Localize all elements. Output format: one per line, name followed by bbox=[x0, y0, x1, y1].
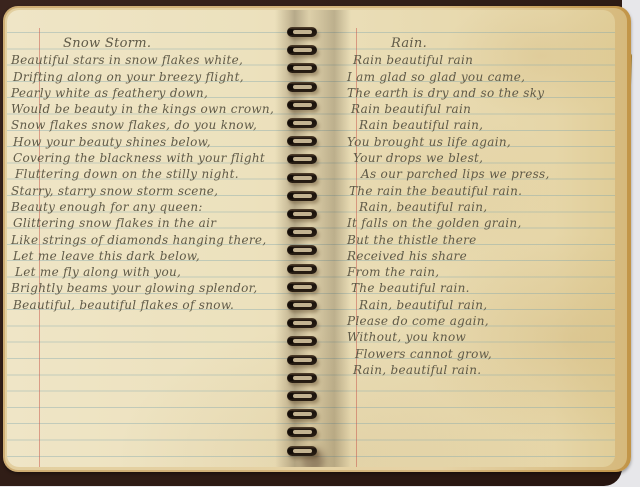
binding-coil bbox=[287, 45, 317, 55]
poem-line: Received his share bbox=[347, 248, 615, 264]
poem-line: Let me leave this dark below, bbox=[11, 248, 291, 264]
left-page-poem: Snow Storm. Beautiful stars in snow flak… bbox=[11, 36, 291, 313]
poem-line: But the thistle there bbox=[347, 232, 615, 248]
binding-coil bbox=[287, 264, 317, 274]
poem-line: Rain beautiful rain bbox=[347, 52, 615, 68]
poem-line: The earth is dry and so the sky bbox=[347, 85, 615, 101]
poem-line: Rain beautiful rain, bbox=[347, 117, 615, 133]
poem-line: Rain, beautiful rain. bbox=[347, 362, 615, 378]
poem-line: Pearly white as feathery down, bbox=[11, 85, 291, 101]
poem-line: Like strings of diamonds hanging there, bbox=[11, 232, 291, 248]
poem-line: Glittering snow flakes in the air bbox=[11, 215, 291, 231]
poem-line: Starry, starry snow storm scene, bbox=[11, 183, 291, 199]
poem-line: Beauty enough for any queen: bbox=[11, 199, 291, 215]
binding-coil bbox=[287, 446, 317, 456]
binding-coil bbox=[287, 191, 317, 201]
binding-coil bbox=[287, 63, 317, 73]
binding-coil bbox=[287, 427, 317, 437]
poem-line: As our parched lips we press, bbox=[347, 166, 615, 182]
binding-coil bbox=[287, 173, 317, 183]
binding-coil bbox=[287, 154, 317, 164]
binding-coil bbox=[287, 391, 317, 401]
poem-line: Rain beautiful rain bbox=[347, 101, 615, 117]
binding-coil bbox=[287, 227, 317, 237]
poem-line: The beautiful rain. bbox=[347, 280, 615, 296]
binding-coil bbox=[287, 373, 317, 383]
binding-coil bbox=[287, 209, 317, 219]
poem-line: Flowers cannot grow, bbox=[347, 346, 615, 362]
binding-coil bbox=[287, 118, 317, 128]
poem-line: Beautiful, beautiful flakes of snow. bbox=[11, 297, 291, 313]
spiral-binding bbox=[287, 10, 319, 467]
poem-line: Let me fly along with you, bbox=[11, 264, 291, 280]
poem-line: From the rain, bbox=[347, 264, 615, 280]
binding-coil bbox=[287, 136, 317, 146]
poem-line: You brought us life again, bbox=[347, 134, 615, 150]
poem-line: Without, you know bbox=[347, 329, 615, 345]
poem-title-snow-storm: Snow Storm. bbox=[11, 36, 291, 52]
open-pages: Snow Storm. Beautiful stars in snow flak… bbox=[7, 10, 615, 467]
binding-coil bbox=[287, 409, 317, 419]
poem-line: Beautiful stars in snow flakes white, bbox=[11, 52, 291, 68]
poem-line: Rain, beautiful rain, bbox=[347, 199, 615, 215]
poem-line: It falls on the golden grain, bbox=[347, 215, 615, 231]
poem-title-rain: Rain. bbox=[347, 36, 615, 52]
poem-line: Covering the blackness with your flight bbox=[11, 150, 291, 166]
binding-coil bbox=[287, 27, 317, 37]
poem-lines-right: Rain beautiful rainI am glad so glad you… bbox=[347, 52, 615, 378]
binding-coil bbox=[287, 245, 317, 255]
binding-coil bbox=[287, 82, 317, 92]
binding-coil bbox=[287, 318, 317, 328]
poem-lines-left: Beautiful stars in snow flakes white,Dri… bbox=[11, 52, 291, 313]
right-page-poem: Rain. Rain beautiful rainI am glad so gl… bbox=[347, 36, 615, 378]
poem-line: Drifting along on your breezy flight, bbox=[11, 69, 291, 85]
binding-coil bbox=[287, 355, 317, 365]
poem-line: Please do come again, bbox=[347, 313, 615, 329]
poem-line: I am glad so glad you came, bbox=[347, 69, 615, 85]
poem-line: Your drops we blest, bbox=[347, 150, 615, 166]
notebook-photo: Snow Storm. Beautiful stars in snow flak… bbox=[0, 0, 640, 487]
binding-coil bbox=[287, 336, 317, 346]
poem-line: Snow flakes snow flakes, do you know, bbox=[11, 117, 291, 133]
binding-coil bbox=[287, 100, 317, 110]
binding-coil bbox=[287, 282, 317, 292]
poem-line: The rain the beautiful rain. bbox=[347, 183, 615, 199]
poem-line: How your beauty shines below, bbox=[11, 134, 291, 150]
poem-line: Would be beauty in the kings own crown, bbox=[11, 101, 291, 117]
poem-line: Fluttering down on the stilly night. bbox=[11, 166, 291, 182]
poem-line: Rain, beautiful rain, bbox=[347, 297, 615, 313]
binding-coil bbox=[287, 300, 317, 310]
poem-line: Brightly beams your glowing splendor, bbox=[11, 280, 291, 296]
